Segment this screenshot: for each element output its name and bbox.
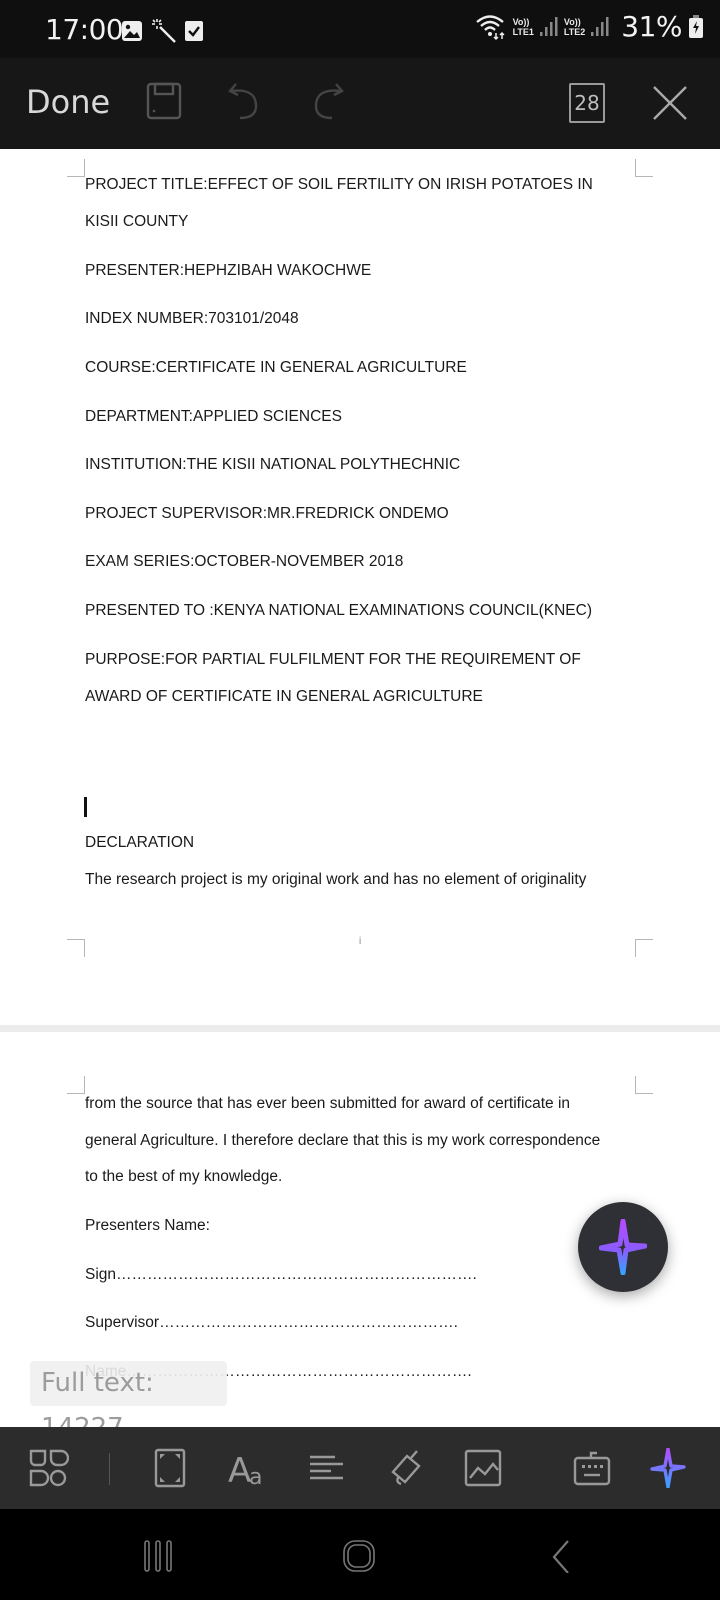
- page-fit-icon[interactable]: [150, 1448, 190, 1488]
- doc-line: The research project is my original work…: [85, 871, 586, 889]
- save-icon[interactable]: [146, 82, 182, 120]
- magic-wand-icon: [151, 18, 177, 44]
- bottom-toolbar: Aa: [0, 1427, 720, 1509]
- battery-percent: 31%: [621, 10, 682, 43]
- signal-icon-sim1: [540, 16, 558, 38]
- doc-line: Presenters Name:: [85, 1217, 210, 1235]
- doc-line: EXAM SERIES:OCTOBER-NOVEMBER 2018: [85, 553, 403, 571]
- status-time: 17:00: [45, 13, 123, 46]
- margin-mark: [635, 939, 653, 957]
- sim2-network: LTE2: [564, 27, 585, 37]
- svg-text:a: a: [249, 1465, 262, 1488]
- gallery-icon: [121, 20, 143, 42]
- doc-line: Supervisor………………………………………………….: [85, 1314, 458, 1332]
- recent-apps-icon[interactable]: [143, 1533, 175, 1573]
- doc-line: PROJECT SUPERVISOR:MR.FREDRICK ONDEMO: [85, 505, 449, 523]
- margin-mark: [635, 1076, 653, 1094]
- doc-line: PRESENTER:HEPHZIBAH WAKOCHWE: [85, 262, 371, 280]
- doc-line: DEPARTMENT:APPLIED SCIENCES: [85, 408, 342, 426]
- doc-line: to the best of my knowledge.: [85, 1168, 282, 1186]
- home-icon[interactable]: [342, 1533, 378, 1573]
- margin-mark: [67, 159, 85, 177]
- full-text-count-badge: Full text: 14227: [30, 1361, 227, 1406]
- sim1-volte: Vo)): [513, 17, 534, 27]
- doc-line: AWARD OF CERTIFICATE IN GENERAL AGRICULT…: [85, 688, 483, 706]
- margin-mark: [635, 159, 653, 177]
- status-bar: 17:00 Vo)) LTE1 Vo)) LTE2 31%: [0, 0, 720, 58]
- margin-mark: [67, 1076, 85, 1094]
- undo-icon[interactable]: [228, 82, 264, 122]
- insert-image-icon[interactable]: [463, 1448, 503, 1488]
- ai-sparkle-icon: [599, 1219, 647, 1275]
- page-separator: [0, 1025, 720, 1032]
- paragraph-align-icon[interactable]: [307, 1448, 347, 1488]
- doc-line: PURPOSE:FOR PARTIAL FULFILMENT FOR THE R…: [85, 651, 581, 669]
- system-status: Vo)) LTE1 Vo)) LTE2 31%: [475, 10, 704, 43]
- navigation-bar: [0, 1509, 720, 1600]
- sim2-label: Vo)) LTE2: [564, 17, 585, 37]
- doc-line: Sign…………………………………………………………….: [85, 1266, 477, 1284]
- svg-text:A: A: [228, 1451, 251, 1488]
- keyboard-icon[interactable]: [573, 1448, 613, 1488]
- text-cursor: [84, 797, 87, 817]
- doc-line: general Agriculture. I therefore declare…: [85, 1132, 600, 1150]
- sim1-label: Vo)) LTE1: [513, 17, 534, 37]
- battery-charging-icon: [688, 15, 704, 39]
- layout-icon[interactable]: [29, 1448, 69, 1488]
- page-count-badge[interactable]: 28: [569, 83, 605, 123]
- fill-color-icon[interactable]: [385, 1448, 425, 1488]
- signal-icon-sim2: [591, 16, 609, 38]
- done-button[interactable]: Done: [26, 83, 110, 121]
- close-icon[interactable]: [652, 85, 688, 121]
- doc-line: PROJECT TITLE:EFFECT OF SOIL FERTILITY O…: [85, 176, 593, 194]
- ai-assistant-icon[interactable]: [648, 1448, 688, 1488]
- notification-icons: [121, 18, 205, 44]
- redo-icon[interactable]: [310, 82, 346, 122]
- doc-line: KISII COUNTY: [85, 213, 188, 231]
- text-format-icon[interactable]: Aa: [228, 1448, 268, 1488]
- sim2-volte: Vo)): [564, 17, 585, 27]
- declaration-heading: DECLARATION: [85, 834, 194, 852]
- checkbox-icon: [185, 20, 205, 42]
- wifi-icon: [475, 13, 507, 41]
- margin-mark: [67, 939, 85, 957]
- toolbar-divider: [109, 1453, 110, 1485]
- doc-line: INSTITUTION:THE KISII NATIONAL POLYTHECH…: [85, 456, 460, 474]
- sim1-network: LTE1: [513, 27, 534, 37]
- doc-line: from the source that has ever been submi…: [85, 1095, 570, 1113]
- ai-assistant-button[interactable]: [578, 1202, 668, 1292]
- doc-line: PRESENTED TO :KENYA NATIONAL EXAMINATION…: [85, 602, 592, 620]
- back-icon[interactable]: [548, 1533, 572, 1573]
- page-number-mark: i: [359, 936, 361, 947]
- doc-line: INDEX NUMBER:703101/2048: [85, 310, 299, 328]
- app-bar: Done 28: [0, 58, 720, 149]
- doc-line: COURSE:CERTIFICATE IN GENERAL AGRICULTUR…: [85, 359, 467, 377]
